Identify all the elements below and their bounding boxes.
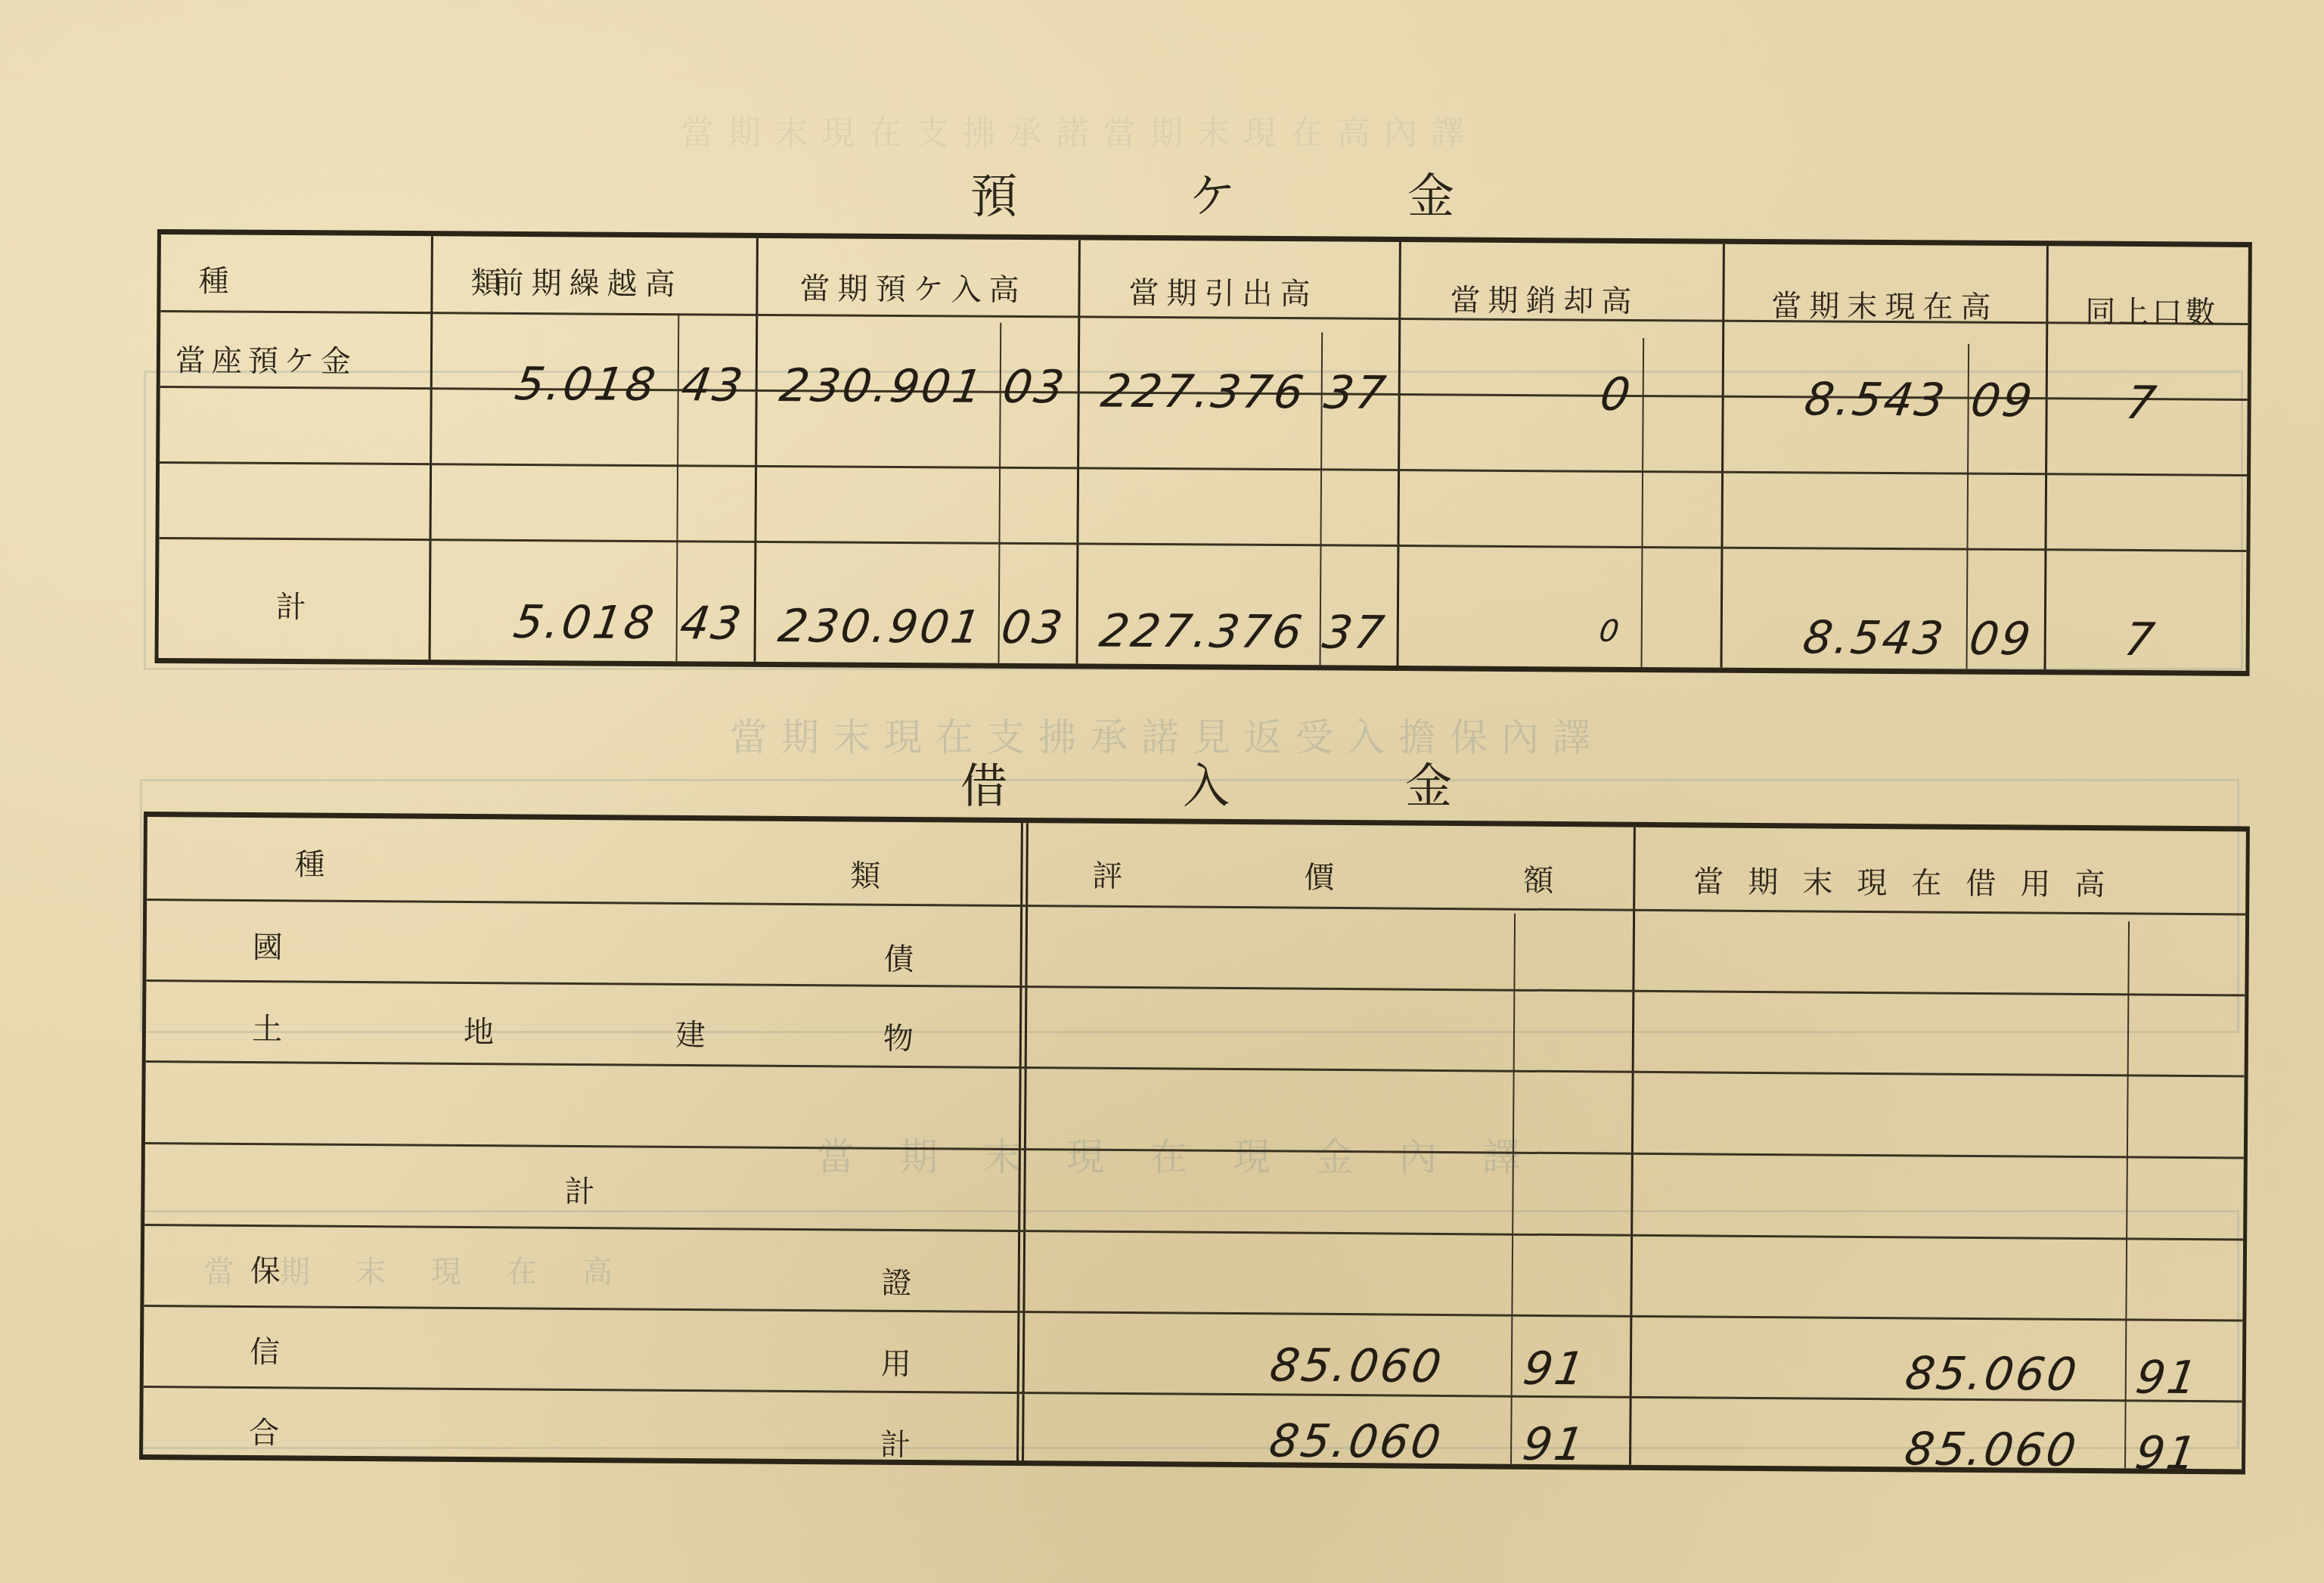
header-type-right: 類 <box>850 852 880 895</box>
sen-divider <box>1510 914 1516 1464</box>
deposits-table: 種 類 前期繰越高 當期預ケ入高 當期引出高 當期銷却高 當期末現在高 同上口數… <box>154 229 2251 676</box>
header-current-withdrawals: 當期引出高 <box>1128 269 1317 314</box>
row-label-total-right: 計 <box>880 1421 911 1464</box>
row-label-building: 建 <box>675 1011 706 1054</box>
total-current-writeoff-yen: 0 <box>1596 614 1623 649</box>
row-label-credit-right: 用 <box>881 1340 911 1383</box>
cell-current-writeoff-yen: 0 <box>1597 368 1636 421</box>
header-type-left: 種 <box>294 840 324 883</box>
sen-divider <box>1966 344 1969 669</box>
bleedthrough-heading-top: 當期末現在支拂承諾當期末現在高內譯 <box>681 106 1478 154</box>
credit-balance-sen: 91 <box>2133 1351 2203 1405</box>
col-divider <box>1629 827 1636 1465</box>
row-divider <box>160 461 2247 476</box>
cell-current-deposits-yen: 230.901 <box>777 359 988 414</box>
header-current-writeoff: 當期銷却高 <box>1450 276 1639 321</box>
deposits-title-char-1: 預 <box>970 159 1017 226</box>
total-current-end-balance-yen: 8.543 <box>1800 611 1949 665</box>
row-label-building-2: 物 <box>883 1015 914 1058</box>
borrowings-title-char-1: 借 <box>960 749 1007 816</box>
total-balance-sen: 91 <box>2132 1426 2202 1480</box>
row-divider <box>159 537 2246 552</box>
col-divider <box>754 238 759 662</box>
header-appraisal-char-1: 評 <box>1092 852 1122 895</box>
row-divider <box>144 1224 2243 1240</box>
row-divider <box>146 1060 2245 1077</box>
total-appraisal-yen: 85.060 <box>1266 1414 1446 1469</box>
sen-divider <box>2124 921 2130 1468</box>
cell-prev-carryover-yen: 5.018 <box>512 358 661 411</box>
cell-current-withdrawals-yen: 227.376 <box>1098 365 1309 420</box>
total-prev-carryover-sen: 43 <box>677 597 747 650</box>
row-label-land: 土 <box>252 1005 282 1048</box>
row-label-kokusai-right: 債 <box>883 936 914 979</box>
total-current-end-balance-sen: 09 <box>1966 613 2037 666</box>
header-prev-carryover: 前期繰越高 <box>493 259 682 304</box>
cell-current-end-balance-sen: 09 <box>1968 374 2038 427</box>
header-appraisal-char-2: 價 <box>1304 854 1334 897</box>
header-current-end-balance: 當期末現在高 <box>1771 282 1998 327</box>
total-account-count: 7 <box>2121 613 2160 666</box>
borrowings-title: 借 入 金 <box>960 749 1452 816</box>
total-current-withdrawals-sen: 37 <box>1320 606 1390 659</box>
header-current-balance: 當期末現在借用高 <box>1693 858 2129 904</box>
row-type-label: 當座預ケ金 <box>175 337 357 380</box>
cell-account-count: 7 <box>2123 377 2161 430</box>
col-divider <box>1397 242 1401 666</box>
row-label-subtotal: 計 <box>564 1168 594 1211</box>
row-label-land-2: 地 <box>464 1008 494 1051</box>
sen-divider <box>1320 332 1323 665</box>
sen-divider <box>1640 338 1644 667</box>
credit-appraisal-yen: 85.060 <box>1267 1339 1447 1393</box>
header-current-deposits: 當期預ケ入高 <box>799 265 1026 309</box>
sen-divider <box>676 313 680 661</box>
borrowings-table: 種 類 評 價 額 當期末現在借用高 國 債 土 地 建 物 計 保 證 信 用… <box>139 812 2250 1474</box>
row-label-guarantee-right: 證 <box>881 1259 911 1302</box>
sen-divider <box>998 323 1002 663</box>
row-divider <box>146 979 2245 996</box>
row-divider <box>144 1305 2242 1321</box>
cell-current-deposits-sen: 03 <box>1000 361 1070 414</box>
total-prev-carryover-yen: 5.018 <box>510 596 659 650</box>
cell-current-end-balance-yen: 8.543 <box>1801 373 1950 427</box>
total-appraisal-sen: 91 <box>1519 1418 1590 1472</box>
row-label-credit-left: 信 <box>250 1328 280 1371</box>
total-label: 計 <box>276 583 306 626</box>
header-appraisal-char-3: 額 <box>1523 857 1553 900</box>
borrowings-title-char-3: 金 <box>1405 749 1452 816</box>
borrowings-title-char-2: 入 <box>1183 749 1230 816</box>
col-divider <box>1720 244 1724 668</box>
total-current-deposits-yen: 230.901 <box>775 600 986 654</box>
total-current-withdrawals-yen: 227.376 <box>1097 605 1308 660</box>
header-type: 種 類 <box>198 257 538 303</box>
row-label-kokusai-left: 國 <box>253 923 283 967</box>
col-divider <box>1076 240 1081 663</box>
header-account-count: 同上口數 <box>2085 288 2218 332</box>
credit-appraisal-sen: 91 <box>1520 1342 1590 1396</box>
cell-current-withdrawals-sen: 37 <box>1321 366 1392 419</box>
total-current-deposits-sen: 03 <box>998 601 1069 654</box>
total-balance-yen: 85.060 <box>1901 1423 2081 1477</box>
deposits-title: 預 ケ 金 <box>970 159 1454 226</box>
cell-prev-carryover-sen: 43 <box>678 359 749 411</box>
col-divider-double <box>1022 823 1029 1460</box>
credit-balance-yen: 85.060 <box>1902 1347 2082 1401</box>
deposits-title-char-3: 金 <box>1407 159 1454 226</box>
deposits-title-char-2: ケ <box>1189 159 1236 226</box>
col-divider <box>2043 246 2048 669</box>
row-divider <box>145 1142 2244 1159</box>
row-label-guarantee-left: 保 <box>250 1247 281 1290</box>
row-label-total-left: 合 <box>249 1409 279 1452</box>
